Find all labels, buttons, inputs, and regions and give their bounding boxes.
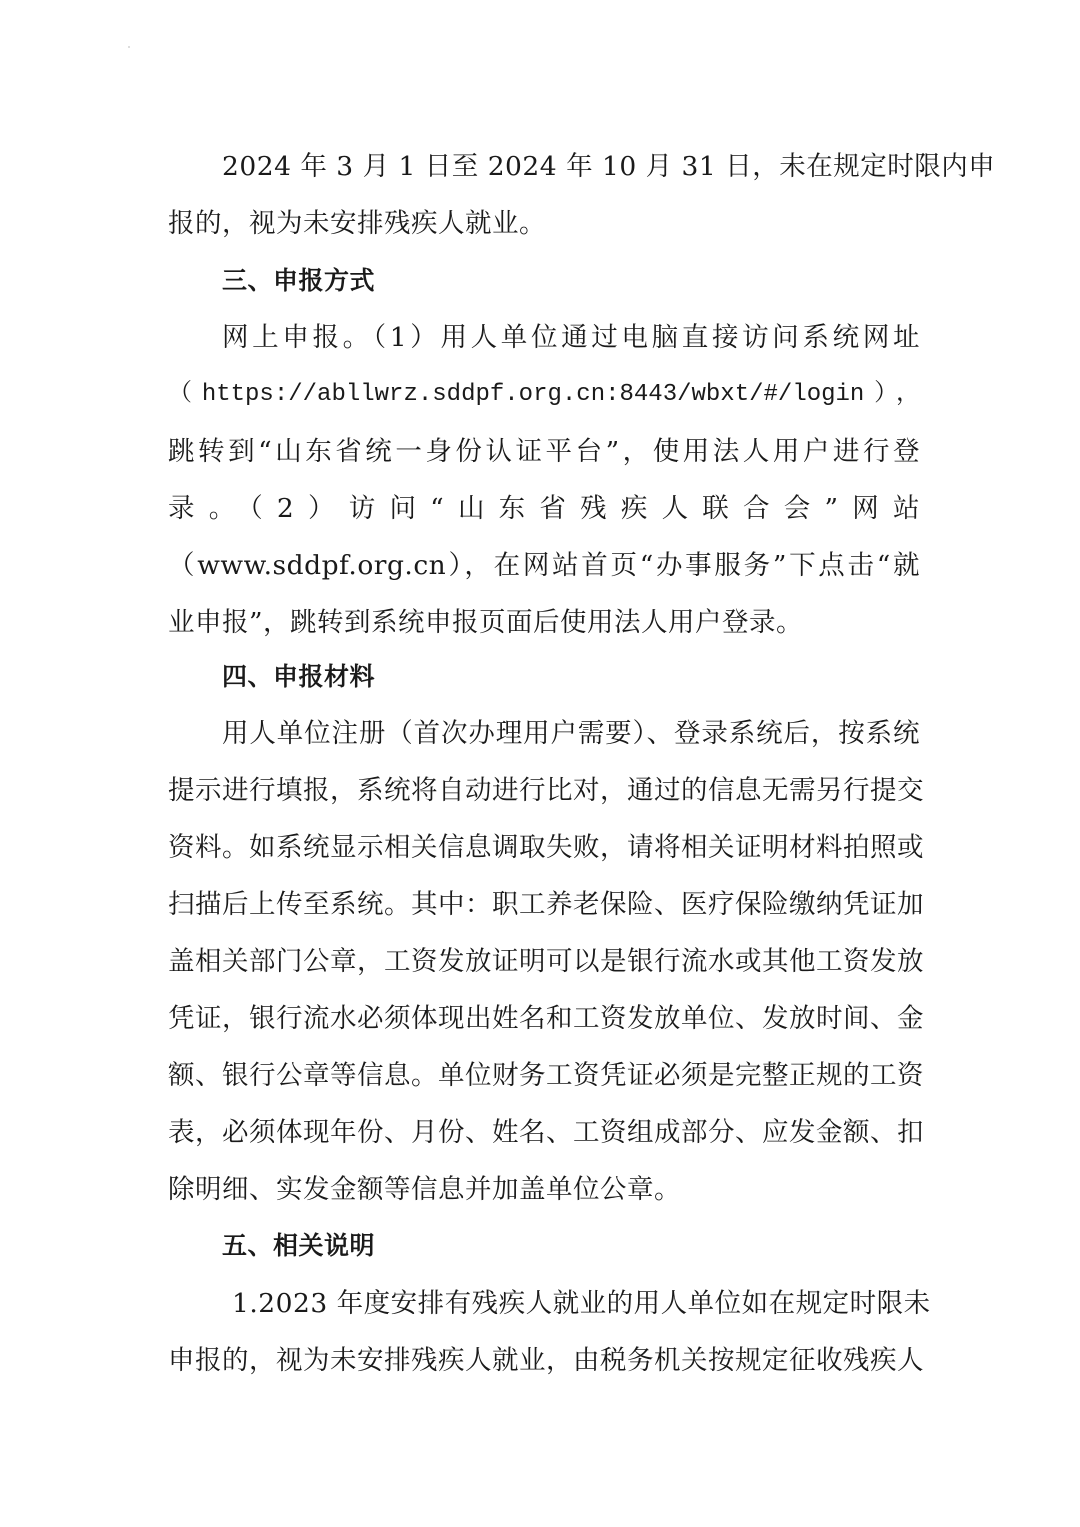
paragraph-method-line-6: 业申报”，跳转到系统申报页面后使用法人用户登录。: [168, 603, 920, 643]
paragraph-materials-line-7: 额、银行公章等信息。单位财务工资凭证必须是完整正规的工资: [168, 1056, 920, 1096]
login-url-link[interactable]: （https://abllwrz.sddpf.org.cn:8443/wbxt/…: [168, 375, 920, 415]
paragraph-materials-line-1: 用人单位注册（首次办理用户需要）、登录系统后，按系统: [222, 714, 920, 754]
paragraph-method-line-4: 录。（2）访问“山东省残疾人联合会”网站: [168, 489, 920, 529]
paragraph-notes-line-2: 申报的，视为未安排残疾人就业，由税务机关按规定征收残疾人: [168, 1341, 920, 1381]
paragraph-deadline-line-2: 报的，视为未安排残疾人就业。: [168, 204, 920, 244]
paragraph-materials-line-8: 表，必须体现年份、月份、姓名、工资组成部分、应发金额、扣: [168, 1113, 920, 1153]
scan-artifact: [128, 46, 130, 48]
paragraph-method-line-3: 跳转到“山东省统一身份认证平台”，使用法人用户进行登: [168, 432, 920, 472]
section-heading-method: 三、申报方式: [222, 261, 920, 301]
section-heading-materials: 四、申报材料: [222, 657, 920, 697]
paragraph-materials-line-9: 除明细、实发金额等信息并加盖单位公章。: [168, 1170, 920, 1210]
paragraph-notes-line-1: 1.2023 年度安排有残疾人就业的用人单位如在规定时限未: [232, 1284, 920, 1324]
document-page: 2024 年 3 月 1 日至 2024 年 10 月 31 日，未在规定时限内…: [0, 0, 1080, 1527]
website-url-line: （www.sddpf.org.cn），在网站首页“办事服务”下点击“就: [168, 546, 920, 586]
paragraph-method-line-1: 网上申报。（1）用人单位通过电脑直接访问系统网址: [222, 318, 920, 358]
paragraph-materials-line-6: 凭证，银行流水必须体现出姓名和工资发放单位、发放时间、金: [168, 999, 920, 1039]
paragraph-materials-line-4: 扫描后上传至系统。其中：职工养老保险、医疗保险缴纳凭证加: [168, 885, 920, 925]
paragraph-materials-line-3: 资料。如系统显示相关信息调取失败，请将相关证明材料拍照或: [168, 828, 920, 868]
section-heading-notes: 五、相关说明: [222, 1226, 920, 1266]
paragraph-materials-line-5: 盖相关部门公章，工资发放证明可以是银行流水或其他工资发放: [168, 942, 920, 982]
paragraph-deadline-line-1: 2024 年 3 月 1 日至 2024 年 10 月 31 日，未在规定时限内…: [222, 147, 920, 187]
paragraph-materials-line-2: 提示进行填报，系统将自动进行比对，通过的信息无需另行提交: [168, 771, 920, 811]
